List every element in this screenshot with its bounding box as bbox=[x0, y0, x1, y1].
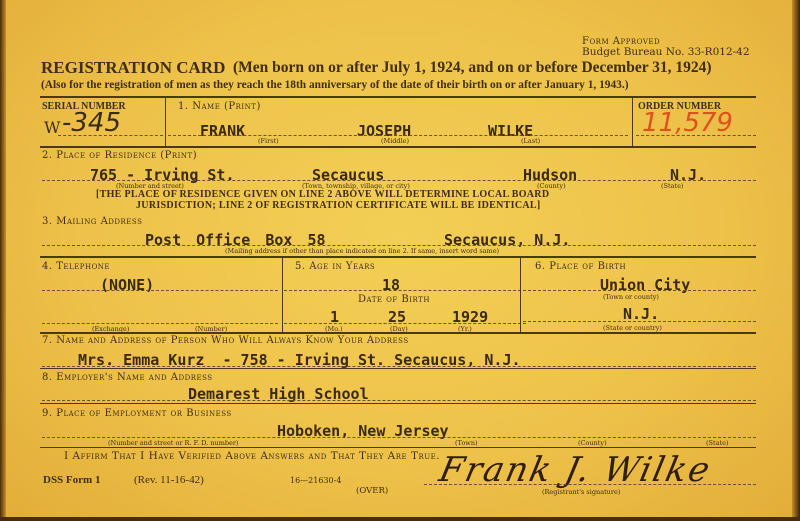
row-rule bbox=[40, 146, 756, 148]
employment-underline bbox=[42, 437, 756, 438]
age-value: 18 bbox=[382, 276, 400, 294]
budget-bureau-number: Budget Bureau No. 33-R012-42 bbox=[582, 46, 750, 58]
employment-label: 9. Place of Employment or Business bbox=[42, 408, 232, 419]
order-number-value: 11,579 bbox=[642, 108, 733, 138]
age-underline bbox=[284, 290, 526, 291]
signature-underline bbox=[424, 484, 756, 485]
employment-state-caption: (State) bbox=[706, 439, 728, 447]
residence-notice-line-2: JURISDICTION; LINE 2 OF REGISTRATION CER… bbox=[136, 200, 540, 211]
row-rule bbox=[40, 403, 756, 404]
form-revision: (Rev. 11-16-42) bbox=[134, 474, 204, 486]
age-label: 5. Age in Years bbox=[295, 261, 375, 272]
name-label: 1. Name (Print) bbox=[178, 101, 261, 112]
card-edge-bottom bbox=[0, 517, 800, 521]
card-edge-left bbox=[0, 0, 6, 521]
mailing-underline bbox=[42, 245, 756, 246]
row-rule bbox=[40, 368, 756, 369]
over-indicator: (OVER) bbox=[356, 486, 388, 496]
residence-notice-line-1: [THE PLACE OF RESIDENCE GIVEN ON LINE 2 … bbox=[96, 189, 549, 200]
card-title: REGISTRATION CARD bbox=[41, 58, 225, 78]
serial-number-value: -345 bbox=[62, 108, 121, 138]
header-rule bbox=[40, 96, 756, 98]
birthplace-underline bbox=[523, 290, 756, 291]
registration-card: Form Approved Budget Bureau No. 33-R012-… bbox=[0, 0, 800, 521]
contact-underline bbox=[42, 366, 756, 367]
state-caption: (State) bbox=[661, 182, 683, 190]
middle-caption: (Middle) bbox=[381, 137, 409, 145]
birthplace-town-caption: (Town or county) bbox=[603, 293, 659, 301]
residence-underline bbox=[42, 180, 756, 181]
first-caption: (First) bbox=[258, 137, 279, 145]
divider bbox=[632, 98, 633, 146]
name-underline bbox=[168, 135, 628, 136]
divider bbox=[282, 258, 283, 332]
birthplace-town: Union City bbox=[600, 276, 690, 294]
dob-label: Date of Birth bbox=[358, 294, 430, 305]
birthplace-label: 6. Place of Birth bbox=[535, 261, 626, 272]
divider bbox=[520, 258, 521, 332]
birthplace-underline-2 bbox=[523, 321, 756, 322]
card-edge-right bbox=[792, 0, 800, 521]
employment-town-caption: (Town) bbox=[455, 439, 478, 447]
signature-caption: (Registrant's signature) bbox=[542, 488, 620, 496]
print-code: 16—21630-4 bbox=[290, 476, 341, 485]
employer-label: 8. Employer's Name and Address bbox=[42, 372, 213, 383]
residence-label: 2. Place of Residence (Print) bbox=[42, 150, 197, 161]
mailing-address-label: 3. Mailing Address bbox=[42, 216, 142, 227]
also-for-text: (Also for the registration of men as the… bbox=[41, 79, 629, 91]
row-rule bbox=[40, 256, 756, 258]
employer-underline bbox=[42, 400, 756, 401]
row-rule bbox=[40, 447, 756, 448]
row-rule bbox=[40, 332, 756, 334]
serial-underline bbox=[58, 135, 163, 136]
employment-street-caption: (Number and street or R. F. D. number) bbox=[108, 439, 239, 447]
affirmation-text: I Affirm That I Have Verified Above Answ… bbox=[64, 450, 440, 462]
eligibility-text: (Men born on or after July 1, 1924, and … bbox=[233, 59, 712, 77]
first-name: FRANK bbox=[200, 122, 245, 140]
mailing-caption: (Mailing address if other than place ind… bbox=[225, 247, 499, 255]
last-caption: (Last) bbox=[521, 137, 540, 145]
divider bbox=[165, 98, 166, 146]
telephone-label: 4. Telephone bbox=[42, 261, 110, 272]
form-number: DSS Form 1 bbox=[43, 474, 100, 486]
dob-underline bbox=[284, 323, 526, 324]
employment-county-caption: (County) bbox=[578, 439, 607, 447]
telephone-value: (NONE) bbox=[100, 276, 154, 294]
telephone-underline bbox=[42, 290, 278, 291]
birthplace-state-caption: (State or country) bbox=[603, 324, 662, 332]
telephone-underline-2 bbox=[42, 323, 278, 324]
order-underline bbox=[636, 135, 756, 136]
contact-label: 7. Name and Address of Person Who Will A… bbox=[42, 335, 409, 346]
